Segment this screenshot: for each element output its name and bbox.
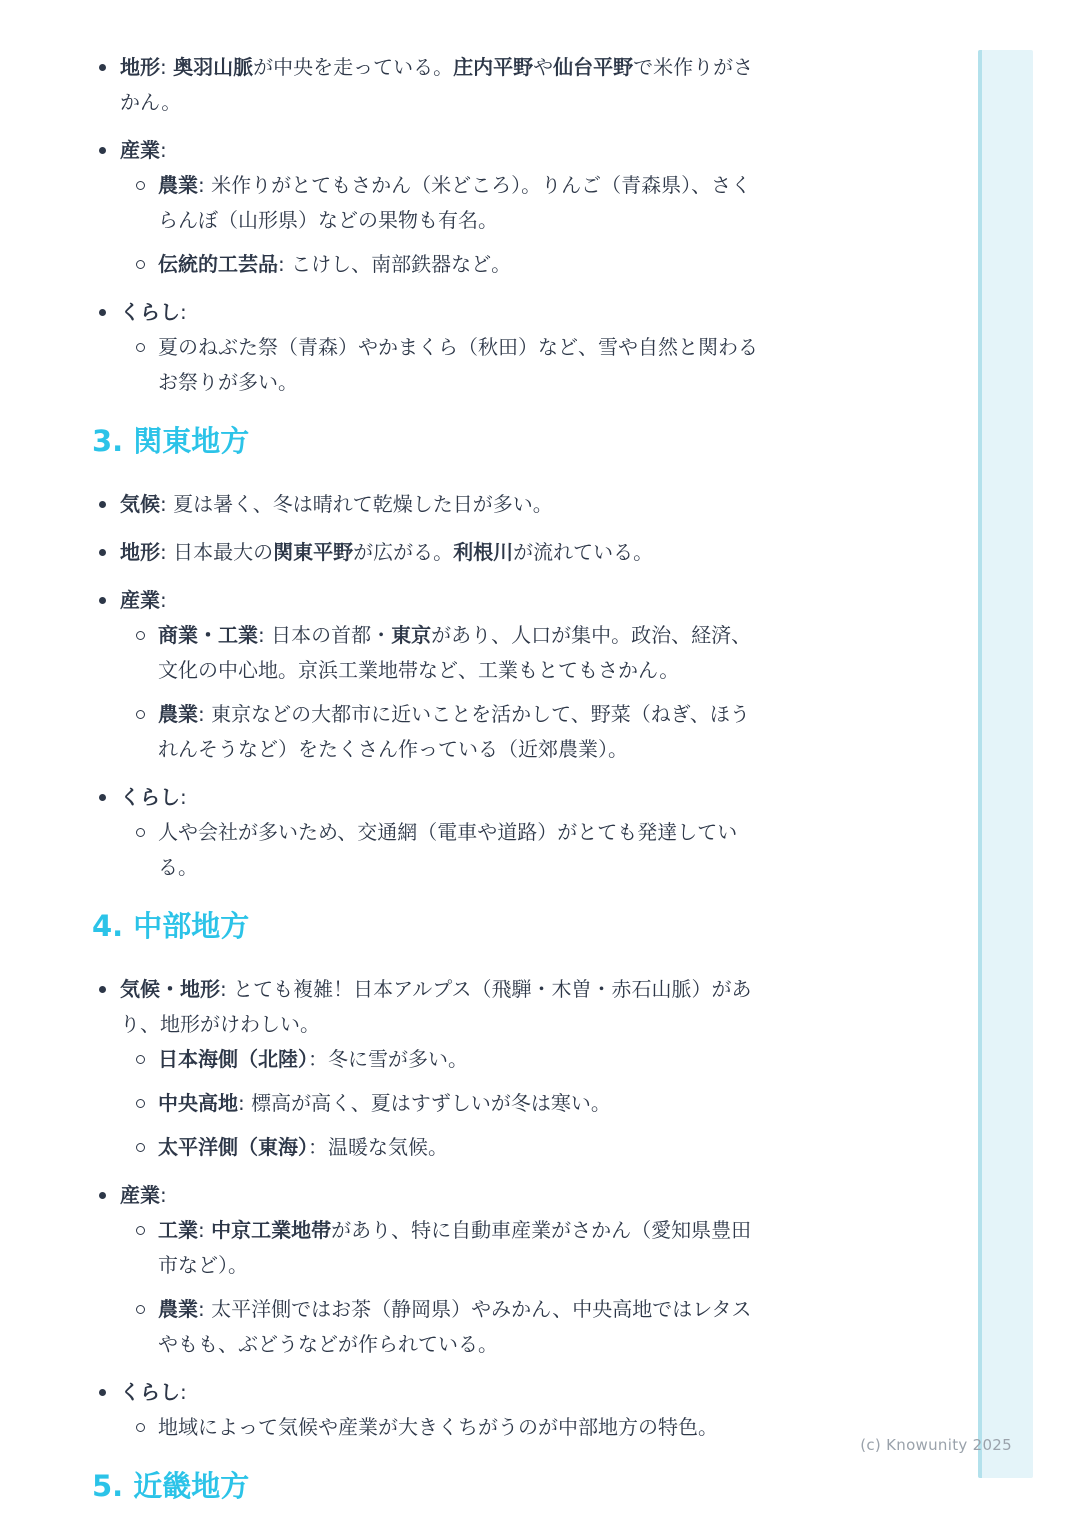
- bullet-circle-icon: [136, 631, 145, 640]
- bold-term: 商業・工業: [158, 623, 258, 647]
- list-item: 気候: 夏は暑く、冬は晴れて乾燥した日が多い。: [92, 487, 760, 522]
- list-item: 伝統的工芸品: こけし、南部鉄器など。: [130, 247, 760, 282]
- sub-bullet-list: 工業: 中京工業地帯があり、特に自動車産業がさかん（愛知県豊田市など）。農業: …: [120, 1213, 760, 1362]
- list-item: 太平洋側（東海）：温暖な気候。: [130, 1130, 760, 1165]
- list-item: 産業:農業: 米作りがとてもさかん（米どころ）。りんご（青森県）、さくらんぼ（山…: [92, 133, 760, 282]
- copyright-watermark: (c) Knowunity 2025: [860, 1436, 1012, 1454]
- bold-term: 農業: [158, 702, 198, 726]
- list-item: 地形: 奥羽山脈が中央を走っている。庄内平野や仙台平野で米作りがさかん。: [92, 50, 760, 120]
- bold-term: くらし: [120, 300, 180, 324]
- list-item: 中央高地: 標高が高く、夏はすずしいが冬は寒い。: [130, 1086, 760, 1121]
- bullet-circle-icon: [136, 1305, 145, 1314]
- bullet-dot-icon: [99, 147, 106, 154]
- list-item-text: 気候: 夏は暑く、冬は晴れて乾燥した日が多い。: [120, 492, 553, 516]
- list-item-text: 中央高地: 標高が高く、夏はすずしいが冬は寒い。: [158, 1091, 611, 1115]
- bullet-circle-icon: [136, 1055, 145, 1064]
- bullet-circle-icon: [136, 710, 145, 719]
- bold-term: 中京工業地帯: [211, 1218, 331, 1242]
- list-item: 産業:商業・工業: 日本の首都・東京があり、人口が集中。政治、経済、文化の中心地…: [92, 583, 760, 767]
- bullet-dot-icon: [99, 1192, 106, 1199]
- bullet-circle-icon: [136, 1143, 145, 1152]
- bullet-circle-icon: [136, 260, 145, 269]
- sub-bullet-list: 人や会社が多いため、交通網（電車や道路）がとても発達している。: [120, 815, 760, 885]
- bold-term: くらし: [120, 1380, 180, 1404]
- bold-term: 農業: [158, 1297, 198, 1321]
- bullet-circle-icon: [136, 828, 145, 837]
- bullet-list: 地形: 奥羽山脈が中央を走っている。庄内平野や仙台平野で米作りがさかん。産業:農…: [92, 50, 760, 400]
- bold-term: 産業: [120, 138, 160, 162]
- list-item-text: 気候・地形: とても複雑！日本アルプス（飛騨・木曽・赤石山脈）があり、地形がけわ…: [120, 977, 752, 1036]
- bold-term: 地形: [120, 540, 160, 564]
- bold-term: 東京: [391, 623, 431, 647]
- bullet-circle-icon: [136, 1423, 145, 1432]
- bold-term: 気候・地形: [120, 977, 220, 1001]
- list-item-text: 農業: 東京などの大都市に近いことを活かして、野菜（ねぎ、ほうれんそうなど）をた…: [158, 702, 750, 761]
- list-item-text: くらし:: [120, 300, 187, 324]
- section-heading: 5. 近畿地方: [92, 1466, 760, 1506]
- bold-term: 工業: [158, 1218, 198, 1242]
- document-content: 地形: 奥羽山脈が中央を走っている。庄内平野や仙台平野で米作りがさかん。産業:農…: [0, 0, 760, 1506]
- list-item-text: 産業:: [120, 588, 167, 612]
- list-item: 地形: 日本最大の関東平野が広がる。利根川が流れている。: [92, 535, 760, 570]
- bold-term: 産業: [120, 588, 160, 612]
- sub-bullet-list: 商業・工業: 日本の首都・東京があり、人口が集中。政治、経済、文化の中心地。京浜…: [120, 618, 760, 767]
- sub-bullet-list: 農業: 米作りがとてもさかん（米どころ）。りんご（青森県）、さくらんぼ（山形県）…: [120, 168, 760, 282]
- bold-term: 仙台平野: [553, 55, 633, 79]
- bold-term: くらし: [120, 785, 180, 809]
- list-item: 産業:工業: 中京工業地帯があり、特に自動車産業がさかん（愛知県豊田市など）。農…: [92, 1178, 760, 1362]
- bullet-dot-icon: [99, 794, 106, 801]
- bold-term: 関東平野: [273, 540, 353, 564]
- list-item: 農業: 東京などの大都市に近いことを活かして、野菜（ねぎ、ほうれんそうなど）をた…: [130, 697, 760, 767]
- list-item: くらし:地域によって気候や産業が大きくちがうのが中部地方の特色。: [92, 1375, 760, 1445]
- list-item-text: 商業・工業: 日本の首都・東京があり、人口が集中。政治、経済、文化の中心地。京浜…: [158, 623, 751, 682]
- list-item-text: 地形: 日本最大の関東平野が広がる。利根川が流れている。: [120, 540, 653, 564]
- section-heading: 4. 中部地方: [92, 906, 760, 946]
- list-item: 夏のねぶた祭（青森）やかまくら（秋田）など、雪や自然と関わるお祭りが多い。: [130, 330, 760, 400]
- list-item: 農業: 太平洋側ではお茶（静岡県）やみかん、中央高地ではレタスやもも、ぶどうなど…: [130, 1292, 760, 1362]
- bold-term: 気候: [120, 492, 160, 516]
- sub-bullet-list: 地域によって気候や産業が大きくちがうのが中部地方の特色。: [120, 1410, 760, 1445]
- bold-term: 伝統的工芸品: [158, 252, 278, 276]
- bullet-circle-icon: [136, 181, 145, 190]
- list-item-text: 人や会社が多いため、交通網（電車や道路）がとても発達している。: [158, 820, 737, 879]
- list-item-text: 農業: 太平洋側ではお茶（静岡県）やみかん、中央高地ではレタスやもも、ぶどうなど…: [158, 1297, 752, 1356]
- bullet-circle-icon: [136, 1099, 145, 1108]
- bullet-circle-icon: [136, 343, 145, 352]
- list-item: くらし:人や会社が多いため、交通網（電車や道路）がとても発達している。: [92, 780, 760, 885]
- list-item: 気候・地形: とても複雑！日本アルプス（飛騨・木曽・赤石山脈）があり、地形がけわ…: [92, 972, 760, 1165]
- list-item: くらし:夏のねぶた祭（青森）やかまくら（秋田）など、雪や自然と関わるお祭りが多い…: [92, 295, 760, 400]
- sub-bullet-list: 日本海側（北陸）：冬に雪が多い。中央高地: 標高が高く、夏はすずしいが冬は寒い。…: [120, 1042, 760, 1165]
- section-heading: 3. 関東地方: [92, 421, 760, 461]
- bullet-list: 気候・地形: とても複雑！日本アルプス（飛騨・木曽・赤石山脈）があり、地形がけわ…: [92, 972, 760, 1445]
- list-item: 商業・工業: 日本の首都・東京があり、人口が集中。政治、経済、文化の中心地。京浜…: [130, 618, 760, 688]
- bullet-dot-icon: [99, 597, 106, 604]
- bold-term: 産業: [120, 1183, 160, 1207]
- list-item: 工業: 中京工業地帯があり、特に自動車産業がさかん（愛知県豊田市など）。: [130, 1213, 760, 1283]
- list-item-text: 伝統的工芸品: こけし、南部鉄器など。: [158, 252, 511, 276]
- bullet-circle-icon: [136, 1226, 145, 1235]
- list-item-text: 農業: 米作りがとてもさかん（米どころ）。りんご（青森県）、さくらんぼ（山形県）…: [158, 173, 751, 232]
- bold-term: 太平洋側（東海）: [158, 1135, 308, 1159]
- bullet-list: 気候: 夏は暑く、冬は晴れて乾燥した日が多い。地形: 日本最大の関東平野が広がる…: [92, 487, 760, 885]
- list-item-text: 地域によって気候や産業が大きくちがうのが中部地方の特色。: [158, 1415, 718, 1439]
- bold-term: 日本海側（北陸）: [158, 1047, 308, 1071]
- bold-term: 奥羽山脈: [173, 55, 253, 79]
- bullet-dot-icon: [99, 501, 106, 508]
- list-item: 日本海側（北陸）：冬に雪が多い。: [130, 1042, 760, 1077]
- page-highlight-strip: [978, 50, 1033, 1478]
- list-item-text: 夏のねぶた祭（青森）やかまくら（秋田）など、雪や自然と関わるお祭りが多い。: [158, 335, 758, 394]
- bullet-dot-icon: [99, 549, 106, 556]
- bold-term: 地形: [120, 55, 160, 79]
- sub-bullet-list: 夏のねぶた祭（青森）やかまくら（秋田）など、雪や自然と関わるお祭りが多い。: [120, 330, 760, 400]
- bullet-dot-icon: [99, 64, 106, 71]
- list-item-text: 太平洋側（東海）：温暖な気候。: [158, 1135, 448, 1159]
- list-item-text: 工業: 中京工業地帯があり、特に自動車産業がさかん（愛知県豊田市など）。: [158, 1218, 751, 1277]
- bullet-dot-icon: [99, 309, 106, 316]
- bold-term: 利根川: [453, 540, 513, 564]
- list-item-text: くらし:: [120, 785, 187, 809]
- bullet-dot-icon: [99, 986, 106, 993]
- list-item-text: 産業:: [120, 1183, 167, 1207]
- bold-term: 中央高地: [158, 1091, 238, 1115]
- list-item: 地域によって気候や産業が大きくちがうのが中部地方の特色。: [130, 1410, 760, 1445]
- bold-term: 農業: [158, 173, 198, 197]
- bold-term: 庄内平野: [453, 55, 533, 79]
- list-item-text: くらし:: [120, 1380, 187, 1404]
- list-item: 農業: 米作りがとてもさかん（米どころ）。りんご（青森県）、さくらんぼ（山形県）…: [130, 168, 760, 238]
- list-item: 人や会社が多いため、交通網（電車や道路）がとても発達している。: [130, 815, 760, 885]
- list-item-text: 産業:: [120, 138, 167, 162]
- bullet-dot-icon: [99, 1389, 106, 1396]
- list-item-text: 地形: 奥羽山脈が中央を走っている。庄内平野や仙台平野で米作りがさかん。: [120, 55, 753, 114]
- list-item-text: 日本海側（北陸）：冬に雪が多い。: [158, 1047, 468, 1071]
